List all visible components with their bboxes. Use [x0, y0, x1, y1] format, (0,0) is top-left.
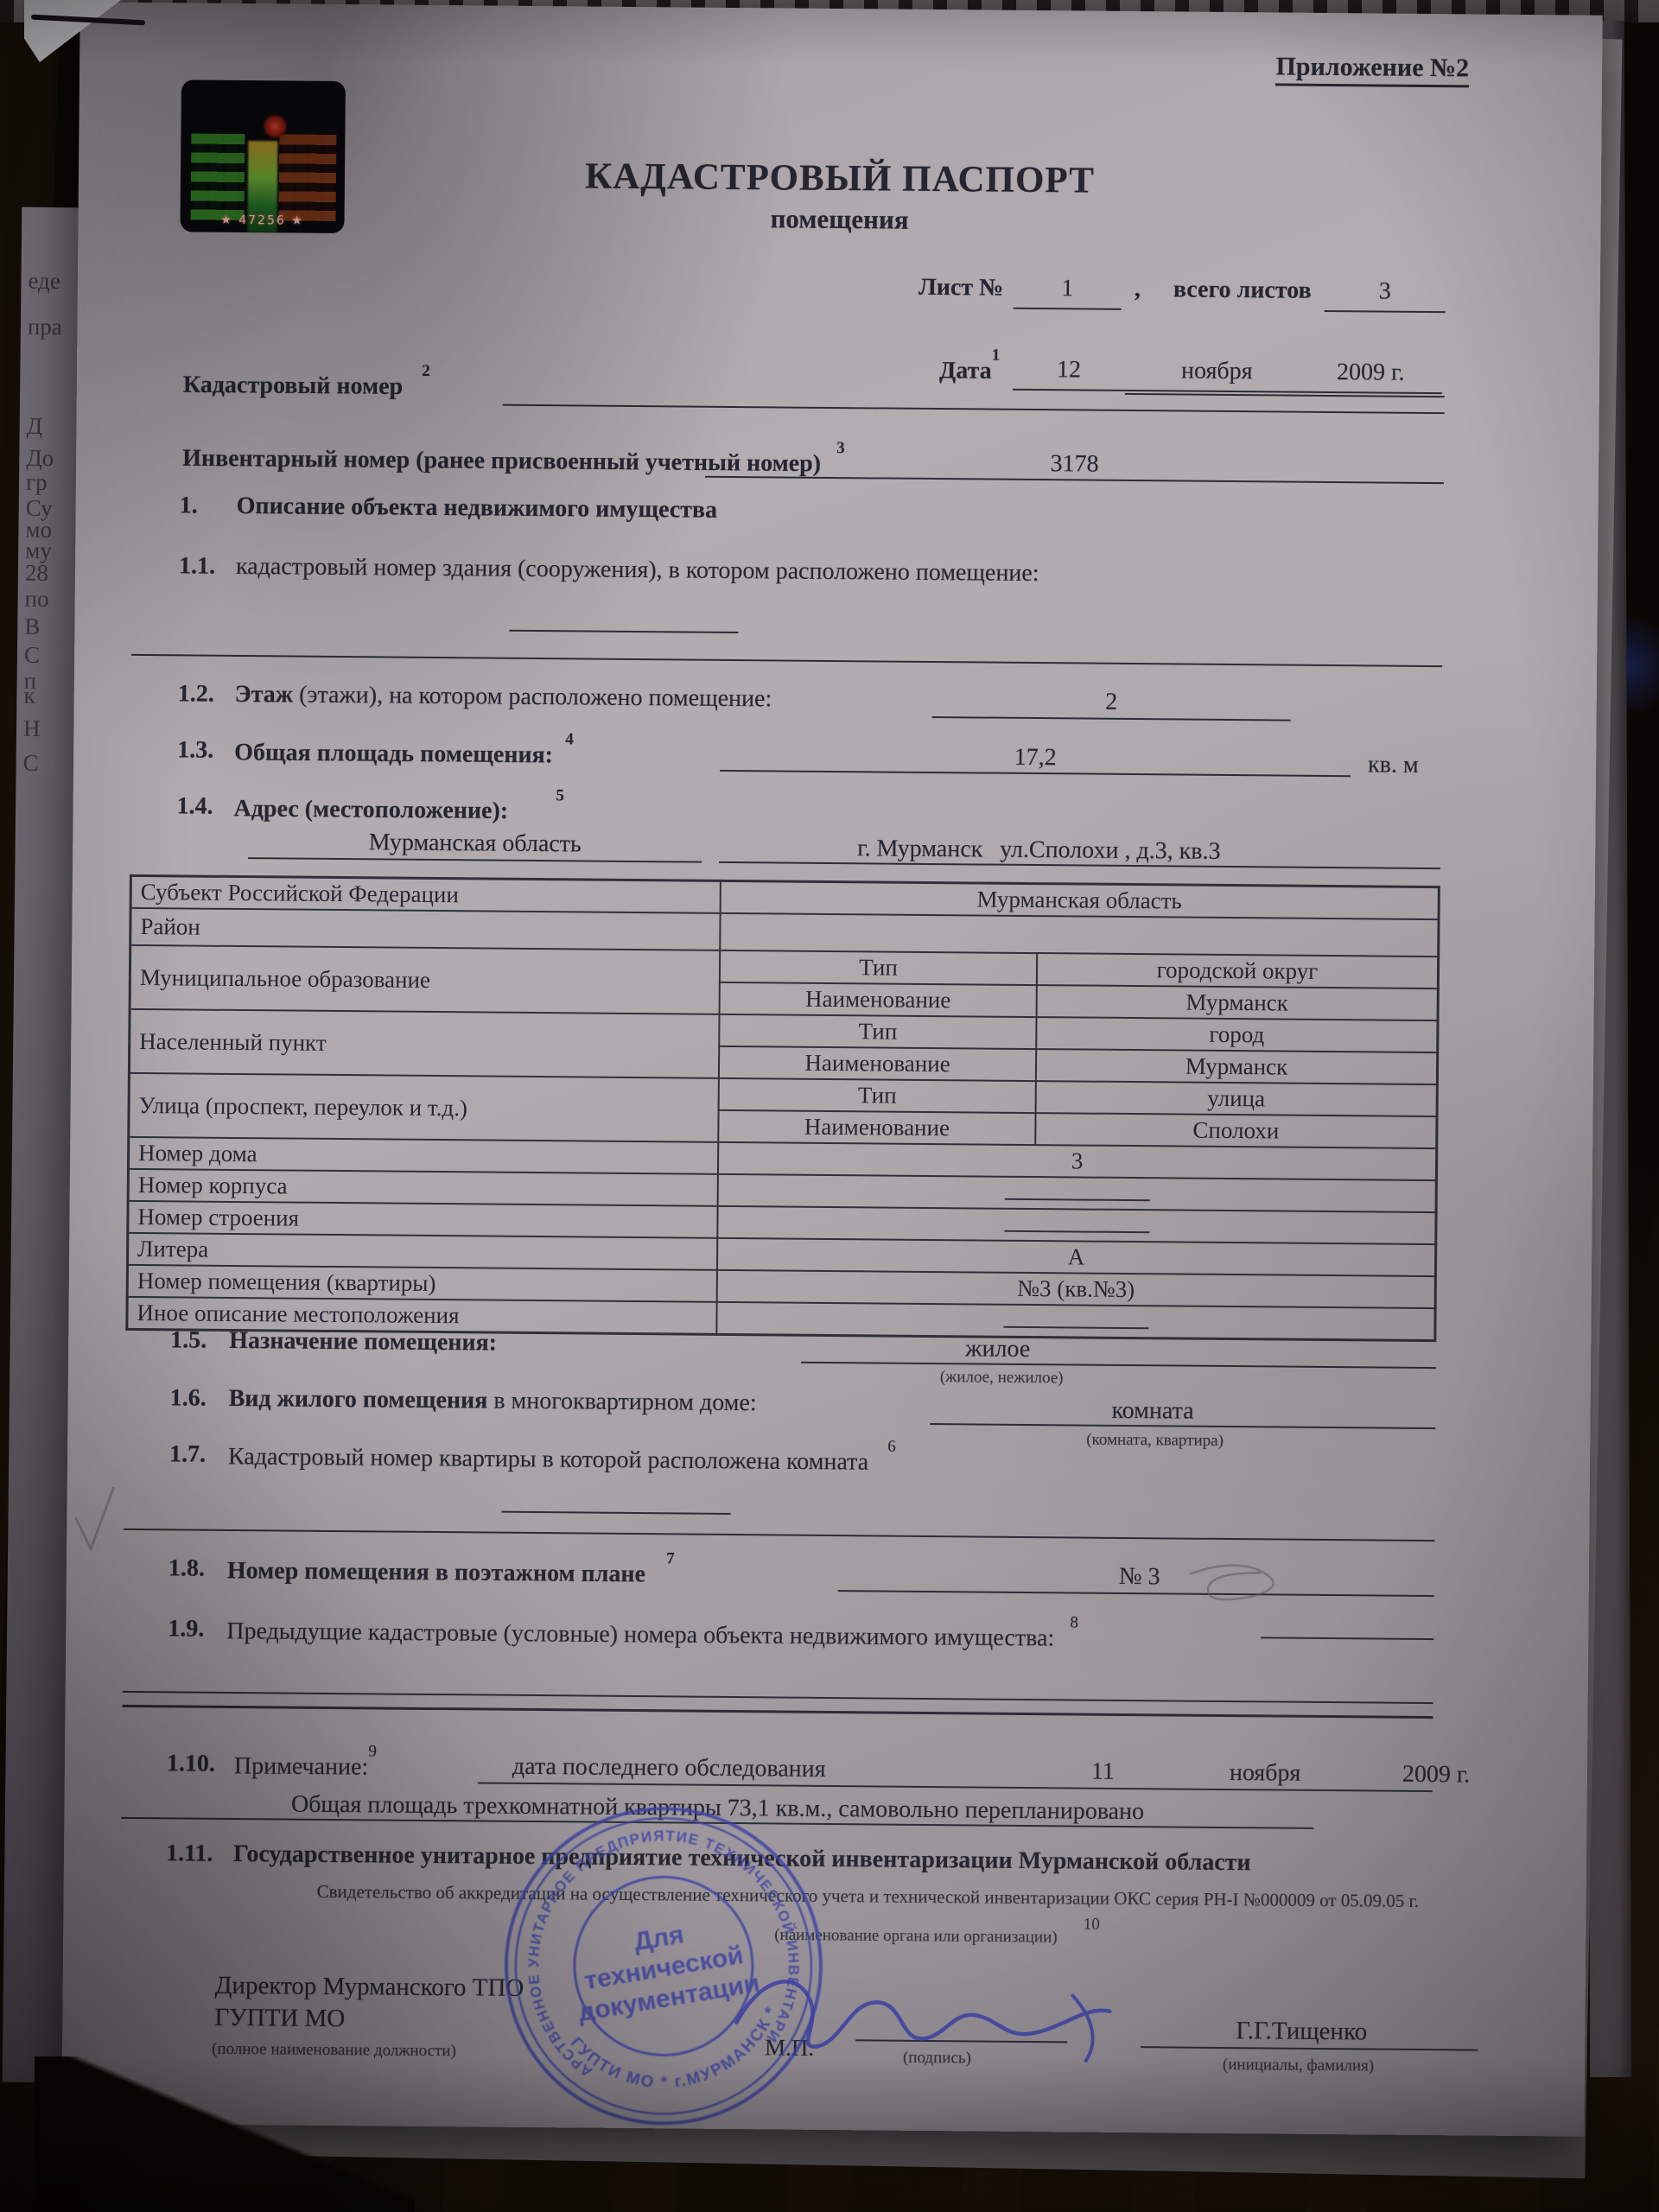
row-municipality-name-label: Наименование [720, 982, 1037, 1017]
item-1-6-caption: (комната, квартира) [1086, 1431, 1224, 1451]
edge-text-fragment: по [24, 586, 48, 613]
item-1-1-rule [131, 654, 1442, 667]
item-1-5-value: жилое [965, 1335, 1030, 1363]
item-1-6-rest: в многоквартирном доме: [487, 1388, 757, 1417]
row-house-label: Номер дома [128, 1137, 718, 1174]
item-1-2-text: Этаж (этажи), на котором расположено пом… [235, 681, 772, 713]
edge-text-fragment: еде [28, 268, 60, 295]
row-municipality-label: Муниципальное образование [130, 945, 720, 1014]
bottom-left-shadow [35, 2056, 415, 2212]
director-position-line1: Директор Мурманского ТПО [215, 1972, 524, 2003]
item-1-4-city: г. Мурманск [857, 835, 982, 863]
row-subject-label: Субъект Российской Федерации [130, 875, 721, 912]
sheet-number-label: Лист № [918, 274, 1004, 302]
row-municipality-name-value: Мурманск [1037, 985, 1439, 1020]
item-1-8-line [838, 1590, 1434, 1597]
footnote-8: 8 [1070, 1613, 1078, 1631]
footnote-5: 5 [556, 786, 564, 804]
item-1-8-value: № 3 [1119, 1563, 1160, 1591]
item-1-8-number: 1.8. [168, 1554, 205, 1582]
total-sheets-label: всего листов [1173, 276, 1312, 304]
signatory-name: Г.Г.Тищенко [1236, 2017, 1367, 2046]
item-1-7-blank-line [502, 1511, 731, 1515]
footnote-2: 2 [422, 362, 430, 380]
total-sheets-line [1325, 310, 1446, 313]
item-1-4-street: ул.Сполохи , д.3, кв.3 [1000, 836, 1221, 866]
item-1-2-bold: Этаж [235, 681, 294, 709]
item-1-1-number: 1.1. [179, 552, 215, 580]
item-1-5-label: Назначение помещения: [229, 1327, 497, 1357]
footnote-4: 4 [565, 730, 574, 748]
item-1-6-number: 1.6. [170, 1384, 207, 1412]
hologram-glint [264, 115, 286, 137]
sheet-number-value: 1 [1014, 275, 1122, 303]
row-structure-label: Номер строения [128, 1201, 718, 1238]
blank-line [1004, 1213, 1149, 1233]
sheet-number-line [1014, 308, 1122, 310]
item-1-4-bold: Адрес (местоположение): [233, 795, 508, 824]
handwritten-signature [699, 1935, 1154, 2102]
item-1-5-caption: (жилое, нежилое) [940, 1368, 1064, 1388]
item-1-3-number: 1.3. [177, 736, 213, 764]
item-1-9-text: Предыдущие кадастровые (условные) номера… [226, 1616, 1078, 1653]
item-1-6-bold: Вид жилого помещения [229, 1385, 488, 1414]
address-table: Субъект Российской Федерации Мурманская … [125, 874, 1440, 1342]
appendix-label: Приложение №2 [1275, 52, 1469, 87]
edge-text-fragment: 28 [25, 560, 48, 587]
item-1-5-line [801, 1362, 1436, 1369]
blank-line [1004, 1181, 1149, 1201]
item-1-7-number: 1.7. [169, 1440, 206, 1468]
edge-text-fragment: гр [26, 469, 48, 496]
item-1-3-value: 17,2 [720, 741, 1351, 774]
item-1-5-number: 1.5. [170, 1326, 207, 1354]
footnote-9: 9 [368, 1742, 377, 1760]
row-settlement-label: Населенный пункт [129, 1009, 719, 1078]
item-1-7-text: Кадастровый номер квартиры в которой рас… [228, 1441, 896, 1477]
row-letter-label: Литера [127, 1233, 717, 1270]
item-1-1-text: кадастровый номер здания (сооружения), в… [236, 553, 1039, 588]
item-1-1-blank-line [509, 630, 738, 633]
row-street-type-value: улица [1036, 1081, 1438, 1116]
item-1-3-bold: Общая площадь помещения: [234, 739, 553, 768]
cadastral-passport-page: ★ 47256 ★ Приложение №2 КАДАСТРОВЫЙ ПАСП… [61, 2, 1602, 2136]
item-1-3-label: Общая площадь помещения:4 [234, 737, 574, 770]
item-1-6-value: комната [1111, 1397, 1193, 1426]
item-1-2-value: 2 [932, 687, 1291, 718]
item-1-10-line1-year: 2009 г. [1402, 1761, 1471, 1789]
footnote-7: 7 [666, 1549, 675, 1567]
item-1-8-label: Номер помещения в поэтажном плане7 [227, 1555, 675, 1589]
blank-line [1003, 1309, 1148, 1329]
cadastral-number-line-short [1125, 393, 1445, 397]
item-1-2-rest: (этажи), на котором расположено помещени… [293, 682, 772, 713]
edge-text-fragment: С [22, 750, 38, 777]
row-district-value [720, 913, 1439, 957]
item-1-7-text-body: Кадастровый номер квартиры в которой рас… [228, 1443, 868, 1475]
row-street-name-value: Сполохи [1035, 1113, 1437, 1148]
row-settlement-name-value: Мурманск [1036, 1049, 1438, 1084]
row-settlement-type-value: город [1036, 1017, 1438, 1052]
date-label: Дата1 [939, 355, 1000, 385]
cadastral-number-text: Кадастровый номер [183, 372, 404, 400]
item-1-9-text-body: Предыдущие кадастровые (условные) номера… [226, 1618, 1054, 1651]
edge-text-fragment: С [24, 642, 40, 669]
item-1-9-line [1261, 1637, 1433, 1640]
row-street-label: Улица (проспект, переулок и т.д.) [129, 1073, 719, 1142]
item-1-9-rule-a [123, 1691, 1433, 1704]
row-other-value [716, 1302, 1435, 1341]
footnote-1: 1 [992, 346, 1001, 365]
row-municipality-type-value: городской округ [1037, 953, 1439, 988]
row-street-type-label: Тип [719, 1078, 1036, 1113]
row-municipality-type-label: Тип [720, 950, 1037, 985]
row-settlement-name-label: Наименование [719, 1046, 1036, 1081]
item-1-10-line1-day: 11 [1091, 1758, 1115, 1786]
date-month-value: ноября [1181, 357, 1253, 385]
item-1-9-rule-b [123, 1705, 1433, 1719]
edge-text-fragment: к [23, 683, 35, 709]
comma: , [1135, 276, 1141, 303]
item-1-10-label: Примечание:9 [234, 1751, 377, 1782]
item-1-8-bold: Номер помещения в поэтажном плане [227, 1557, 645, 1587]
footnote-6: 6 [887, 1438, 896, 1456]
item-1-4-label: Адрес (местоположение):5 [233, 793, 563, 826]
item-1-6-text: Вид жилого помещения в многоквартирном д… [229, 1385, 757, 1417]
total-sheets-value: 3 [1325, 277, 1446, 306]
date-year-value: 2009 г. [1337, 359, 1405, 387]
edge-text-fragment: До [26, 445, 54, 472]
row-building-label: Номер корпуса [128, 1169, 718, 1206]
edge-text-fragment: В [24, 613, 40, 640]
item-1-9-number: 1.9. [168, 1615, 204, 1643]
section1-number: 1. [180, 492, 198, 519]
edge-text-fragment: пра [28, 314, 62, 340]
item-1-4-number: 1.4. [176, 792, 213, 820]
row-settlement-type-label: Тип [719, 1014, 1036, 1049]
pencil-check-icon [68, 1481, 121, 1560]
item-1-7-rule [124, 1529, 1434, 1541]
item-1-10-label-text: Примечание: [234, 1752, 369, 1780]
section1-title: Описание объекта недвижимого имущества [237, 493, 718, 524]
pencil-swirl-icon [1181, 1548, 1320, 1610]
cadastral-number-line [503, 404, 1445, 415]
item-1-11-number: 1.11. [166, 1840, 213, 1867]
item-1-4-region: Мурманская область [248, 828, 702, 860]
footnote-10: 10 [1084, 1916, 1100, 1934]
item-1-2-number: 1.2. [178, 680, 214, 708]
edge-text-fragment: Н [23, 715, 41, 742]
date-label-text: Дата [939, 357, 992, 385]
signatory-name-line [1141, 2046, 1478, 2050]
item-1-10-line1-month: ноября [1230, 1759, 1301, 1788]
item-1-10-number: 1.10. [167, 1750, 215, 1777]
signatory-name-caption: (инициалы, фамилия) [1223, 2056, 1374, 2076]
date-day-value: 12 [1034, 356, 1103, 385]
row-street-name-label: Наименование [718, 1110, 1035, 1145]
item-1-3-unit: кв. м [1368, 751, 1419, 779]
cadastral-number-label: Кадастровый номер2 [183, 369, 430, 401]
director-position-line2: ГУПТИ МО [214, 2004, 345, 2033]
row-district-label: Район [130, 908, 721, 950]
edge-text-fragment: Д [27, 413, 43, 440]
row-unit-label: Номер помещения (квартиры) [127, 1265, 717, 1302]
